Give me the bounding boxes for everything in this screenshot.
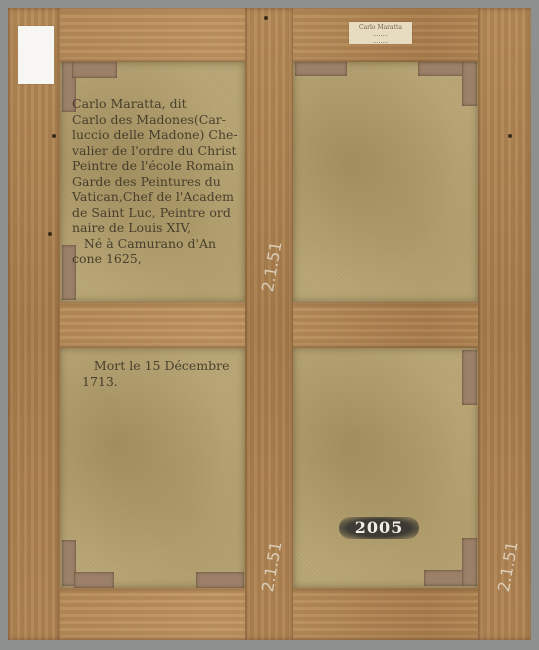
nail-hole: [48, 232, 52, 236]
corner-key: [295, 62, 347, 76]
inscription-lower: Mort le 15 Décembre 1713.: [82, 358, 230, 389]
corner-key: [72, 62, 117, 78]
corner-key: [418, 62, 466, 76]
corner-key: [74, 572, 114, 588]
left-stile: [8, 8, 60, 640]
corner-key: [462, 538, 477, 586]
canvas-panel-bottom-right: [293, 348, 478, 588]
corner-key: [196, 572, 244, 588]
white-label: [18, 26, 54, 84]
corner-key: [462, 62, 477, 106]
paper-label: Carlo Maratta ........ ........: [349, 22, 412, 44]
inventory-stencil-number: 2005: [339, 517, 419, 539]
nail-hole: [52, 134, 56, 138]
canvas-panel-top-right: [293, 62, 478, 302]
nail-hole: [264, 16, 268, 20]
corner-key: [462, 350, 477, 405]
inscription-upper: Carlo Maratta, dit Carlo des Madones(Car…: [72, 96, 238, 267]
nail-hole: [508, 134, 512, 138]
